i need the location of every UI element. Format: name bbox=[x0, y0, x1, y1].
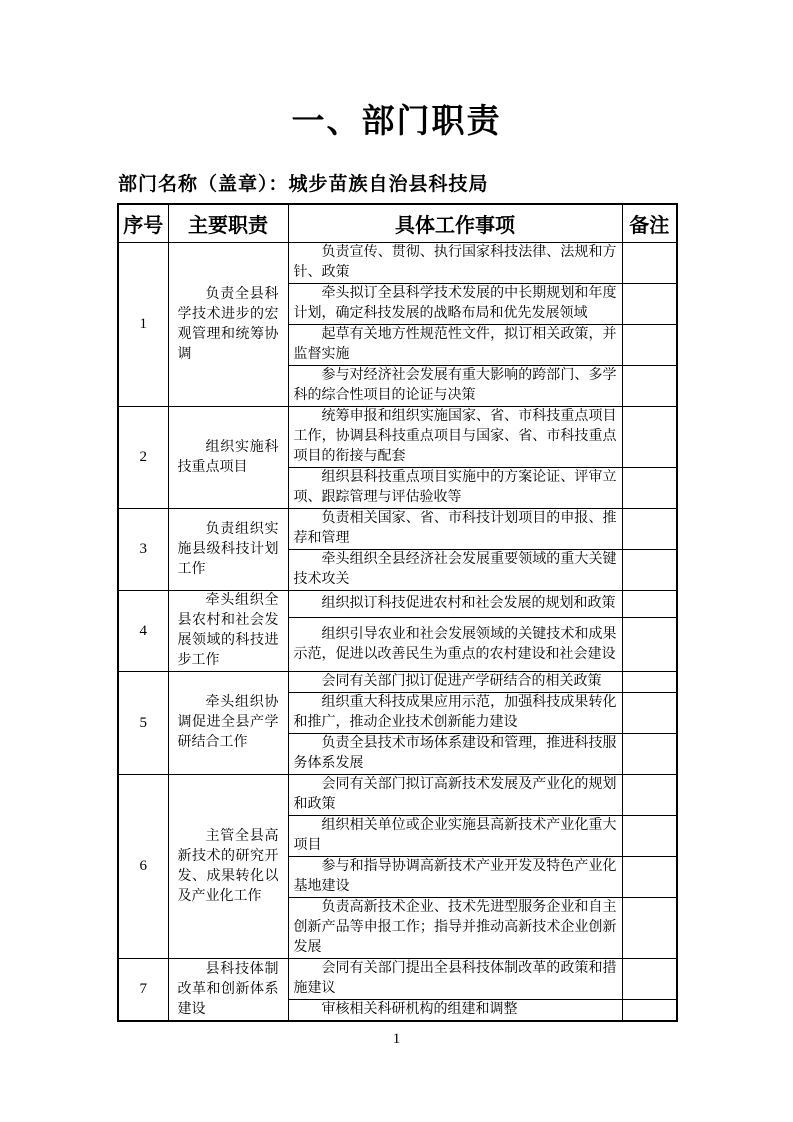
main-duty-cell: 主管全县高新技术的研究开发、成果转化以及产业化工作 bbox=[168, 775, 288, 959]
remark-cell bbox=[622, 618, 677, 672]
work-item-text: 组织拟订科技促进农村和社会发展的规划和政策 bbox=[294, 594, 617, 614]
main-duty-text: 负责组织实施县级科技计划工作 bbox=[178, 520, 279, 580]
work-item-cell: 负责相关国家、省、市科技计划项目的申报、推荐和管理 bbox=[288, 509, 622, 550]
work-item-text: 组织相关单位或企业实施县高新技术产业化重大项目 bbox=[294, 816, 617, 856]
header-work-items: 具体工作事项 bbox=[288, 204, 622, 243]
work-item-text: 审核相关科研机构的组建和调整 bbox=[294, 1000, 617, 1020]
work-item-text: 负责高新技术企业、技术先进型服务企业和自主创新产品等申报工作；指导并推动高新技术… bbox=[294, 898, 617, 958]
row-number-cell: 6 bbox=[118, 775, 168, 959]
page-number: 1 bbox=[0, 1031, 793, 1048]
table-row: 2 组织实施科技重点项目 统筹申报和组织实施国家、省、市科技重点项目工作，协调县… bbox=[118, 407, 677, 468]
main-duty-text: 负责全县科学技术进步的宏观管理和统筹协调 bbox=[178, 285, 279, 365]
main-duty-cell: 组织实施科技重点项目 bbox=[168, 407, 288, 509]
work-item-cell: 会同有关部门拟订高新技术发展及产业化的规划和政策 bbox=[288, 775, 622, 816]
remark-cell bbox=[622, 550, 677, 591]
remark-cell bbox=[622, 591, 677, 618]
work-item-cell: 组织引导农业和社会发展领域的关键技术和成果示范，促进以改善民生为重点的农村建设和… bbox=[288, 618, 622, 672]
remark-cell bbox=[622, 325, 677, 366]
remark-cell bbox=[622, 243, 677, 284]
header-remarks: 备注 bbox=[622, 204, 677, 243]
work-item-cell: 组织拟订科技促进农村和社会发展的规划和政策 bbox=[288, 591, 622, 618]
header-main-duty: 主要职责 bbox=[168, 204, 288, 243]
main-duty-cell: 牵头组织协调促进全县产学研结合工作 bbox=[168, 672, 288, 775]
work-item-text: 牵头拟订全县科学技术发展的中长期规划和年度计划，确定科技发展的战略布局和优先发展… bbox=[294, 284, 617, 324]
document-page: 一、部门职责 部门名称（盖章）：城步苗族自治县科技局 序号 主要职责 具体工作事… bbox=[0, 0, 793, 1122]
work-item-text: 组织县科技重点项目实施中的方案论证、评审立项、跟踪管理与评估验收等 bbox=[294, 468, 617, 508]
work-item-cell: 负责宣传、贯彻、执行国家科技法律、法规和方针、政策 bbox=[288, 243, 622, 284]
work-item-text: 牵头组织全县经济社会发展重要领域的重大关键技术攻关 bbox=[294, 550, 617, 590]
work-item-text: 组织引导农业和社会发展领域的关键技术和成果示范，促进以改善民生为重点的农村建设和… bbox=[294, 625, 617, 665]
table-row: 6 主管全县高新技术的研究开发、成果转化以及产业化工作 会同有关部门拟订高新技术… bbox=[118, 775, 677, 816]
remark-cell bbox=[622, 284, 677, 325]
table-row: 1 负责全县科学技术进步的宏观管理和统筹协调 负责宣传、贯彻、执行国家科技法律、… bbox=[118, 243, 677, 284]
row-number-cell: 1 bbox=[118, 243, 168, 407]
work-item-text: 负责宣传、贯彻、执行国家科技法律、法规和方针、政策 bbox=[294, 243, 617, 283]
work-item-text: 参与对经济社会发展有重大影响的跨部门、多学科的综合性项目的论证与决策 bbox=[294, 366, 617, 406]
main-duty-cell: 牵头组织全县农村和社会发展领域的科技进步工作 bbox=[168, 591, 288, 672]
table-row: 5 牵头组织协调促进全县产学研结合工作 会同有关部门拟订促进产学研结合的相关政策 bbox=[118, 672, 677, 693]
work-item-text: 参与和指导协调高新技术产业开发及特色产业化基地建设 bbox=[294, 857, 617, 897]
main-duty-text: 牵头组织协调促进全县产学研结合工作 bbox=[178, 693, 279, 753]
main-duty-cell: 负责组织实施县级科技计划工作 bbox=[168, 509, 288, 591]
table-row: 3 负责组织实施县级科技计划工作 负责相关国家、省、市科技计划项目的申报、推荐和… bbox=[118, 509, 677, 550]
work-item-cell: 参与对经济社会发展有重大影响的跨部门、多学科的综合性项目的论证与决策 bbox=[288, 366, 622, 407]
department-name-line: 部门名称（盖章）：城步苗族自治县科技局 bbox=[118, 169, 793, 196]
remark-cell bbox=[622, 366, 677, 407]
remark-cell bbox=[622, 898, 677, 959]
work-item-cell: 组织相关单位或企业实施县高新技术产业化重大项目 bbox=[288, 816, 622, 857]
main-duty-text: 县科技体制改革和创新体系建设 bbox=[178, 960, 279, 1020]
work-item-cell: 起草有关地方性规范性文件，拟订相关政策，并监督实施 bbox=[288, 325, 622, 366]
page-title: 一、部门职责 bbox=[0, 0, 793, 142]
remark-cell bbox=[622, 775, 677, 816]
remark-cell bbox=[622, 468, 677, 509]
work-item-cell: 牵头组织全县经济社会发展重要领域的重大关键技术攻关 bbox=[288, 550, 622, 591]
remark-cell bbox=[622, 509, 677, 550]
remark-cell bbox=[622, 959, 677, 1000]
work-item-text: 组织重大科技成果应用示范，加强科技成果转化和推广，推动企业技术创新能力建设 bbox=[294, 693, 617, 733]
remark-cell bbox=[622, 734, 677, 775]
work-item-cell: 负责全县技术市场体系建设和管理，推进科技服务体系发展 bbox=[288, 734, 622, 775]
main-duty-cell: 负责全县科学技术进步的宏观管理和统筹协调 bbox=[168, 243, 288, 407]
row-number-cell: 7 bbox=[118, 959, 168, 1022]
main-duty-text: 组织实施科技重点项目 bbox=[178, 438, 279, 478]
remark-cell bbox=[622, 407, 677, 468]
row-number-cell: 5 bbox=[118, 672, 168, 775]
work-item-cell: 审核相关科研机构的组建和调整 bbox=[288, 1000, 622, 1022]
work-item-text: 会同有关部门拟订促进产学研结合的相关政策 bbox=[294, 672, 617, 692]
header-serial-number: 序号 bbox=[118, 204, 168, 243]
work-item-text: 会同有关部门拟订高新技术发展及产业化的规划和政策 bbox=[294, 775, 617, 815]
work-item-cell: 组织县科技重点项目实施中的方案论证、评审立项、跟踪管理与评估验收等 bbox=[288, 468, 622, 509]
work-item-text: 负责全县技术市场体系建设和管理，推进科技服务体系发展 bbox=[294, 734, 617, 774]
work-item-cell: 负责高新技术企业、技术先进型服务企业和自主创新产品等申报工作；指导并推动高新技术… bbox=[288, 898, 622, 959]
duties-table: 序号 主要职责 具体工作事项 备注 1 负责全县科学技术进步的宏观管理和统筹协调… bbox=[117, 203, 678, 1022]
row-number-cell: 3 bbox=[118, 509, 168, 591]
remark-cell bbox=[622, 816, 677, 857]
work-item-text: 起草有关地方性规范性文件，拟订相关政策，并监督实施 bbox=[294, 325, 617, 365]
work-item-text: 会同有关部门提出全县科技体制改革的政策和措施建议 bbox=[294, 959, 617, 999]
remark-cell bbox=[622, 857, 677, 898]
main-duty-cell: 县科技体制改革和创新体系建设 bbox=[168, 959, 288, 1022]
work-item-cell: 会同有关部门提出全县科技体制改革的政策和措施建议 bbox=[288, 959, 622, 1000]
work-item-cell: 统筹申报和组织实施国家、省、市科技重点项目工作，协调县科技重点项目与国家、省、市… bbox=[288, 407, 622, 468]
remark-cell bbox=[622, 1000, 677, 1022]
work-item-cell: 牵头拟订全县科学技术发展的中长期规划和年度计划，确定科技发展的战略布局和优先发展… bbox=[288, 284, 622, 325]
main-duty-text: 牵头组织全县农村和社会发展领域的科技进步工作 bbox=[178, 591, 279, 671]
remark-cell bbox=[622, 693, 677, 734]
row-number-cell: 2 bbox=[118, 407, 168, 509]
work-item-text: 负责相关国家、省、市科技计划项目的申报、推荐和管理 bbox=[294, 509, 617, 549]
work-item-cell: 参与和指导协调高新技术产业开发及特色产业化基地建设 bbox=[288, 857, 622, 898]
work-item-text: 统筹申报和组织实施国家、省、市科技重点项目工作，协调县科技重点项目与国家、省、市… bbox=[294, 407, 617, 467]
table-row: 4 牵头组织全县农村和社会发展领域的科技进步工作 组织拟订科技促进农村和社会发展… bbox=[118, 591, 677, 618]
work-item-cell: 组织重大科技成果应用示范，加强科技成果转化和推广，推动企业技术创新能力建设 bbox=[288, 693, 622, 734]
table-row: 7 县科技体制改革和创新体系建设 会同有关部门提出全县科技体制改革的政策和措施建… bbox=[118, 959, 677, 1000]
work-item-cell: 会同有关部门拟订促进产学研结合的相关政策 bbox=[288, 672, 622, 693]
table-header-row: 序号 主要职责 具体工作事项 备注 bbox=[118, 204, 677, 243]
row-number-cell: 4 bbox=[118, 591, 168, 672]
main-duty-text: 主管全县高新技术的研究开发、成果转化以及产业化工作 bbox=[178, 827, 279, 907]
remark-cell bbox=[622, 672, 677, 693]
